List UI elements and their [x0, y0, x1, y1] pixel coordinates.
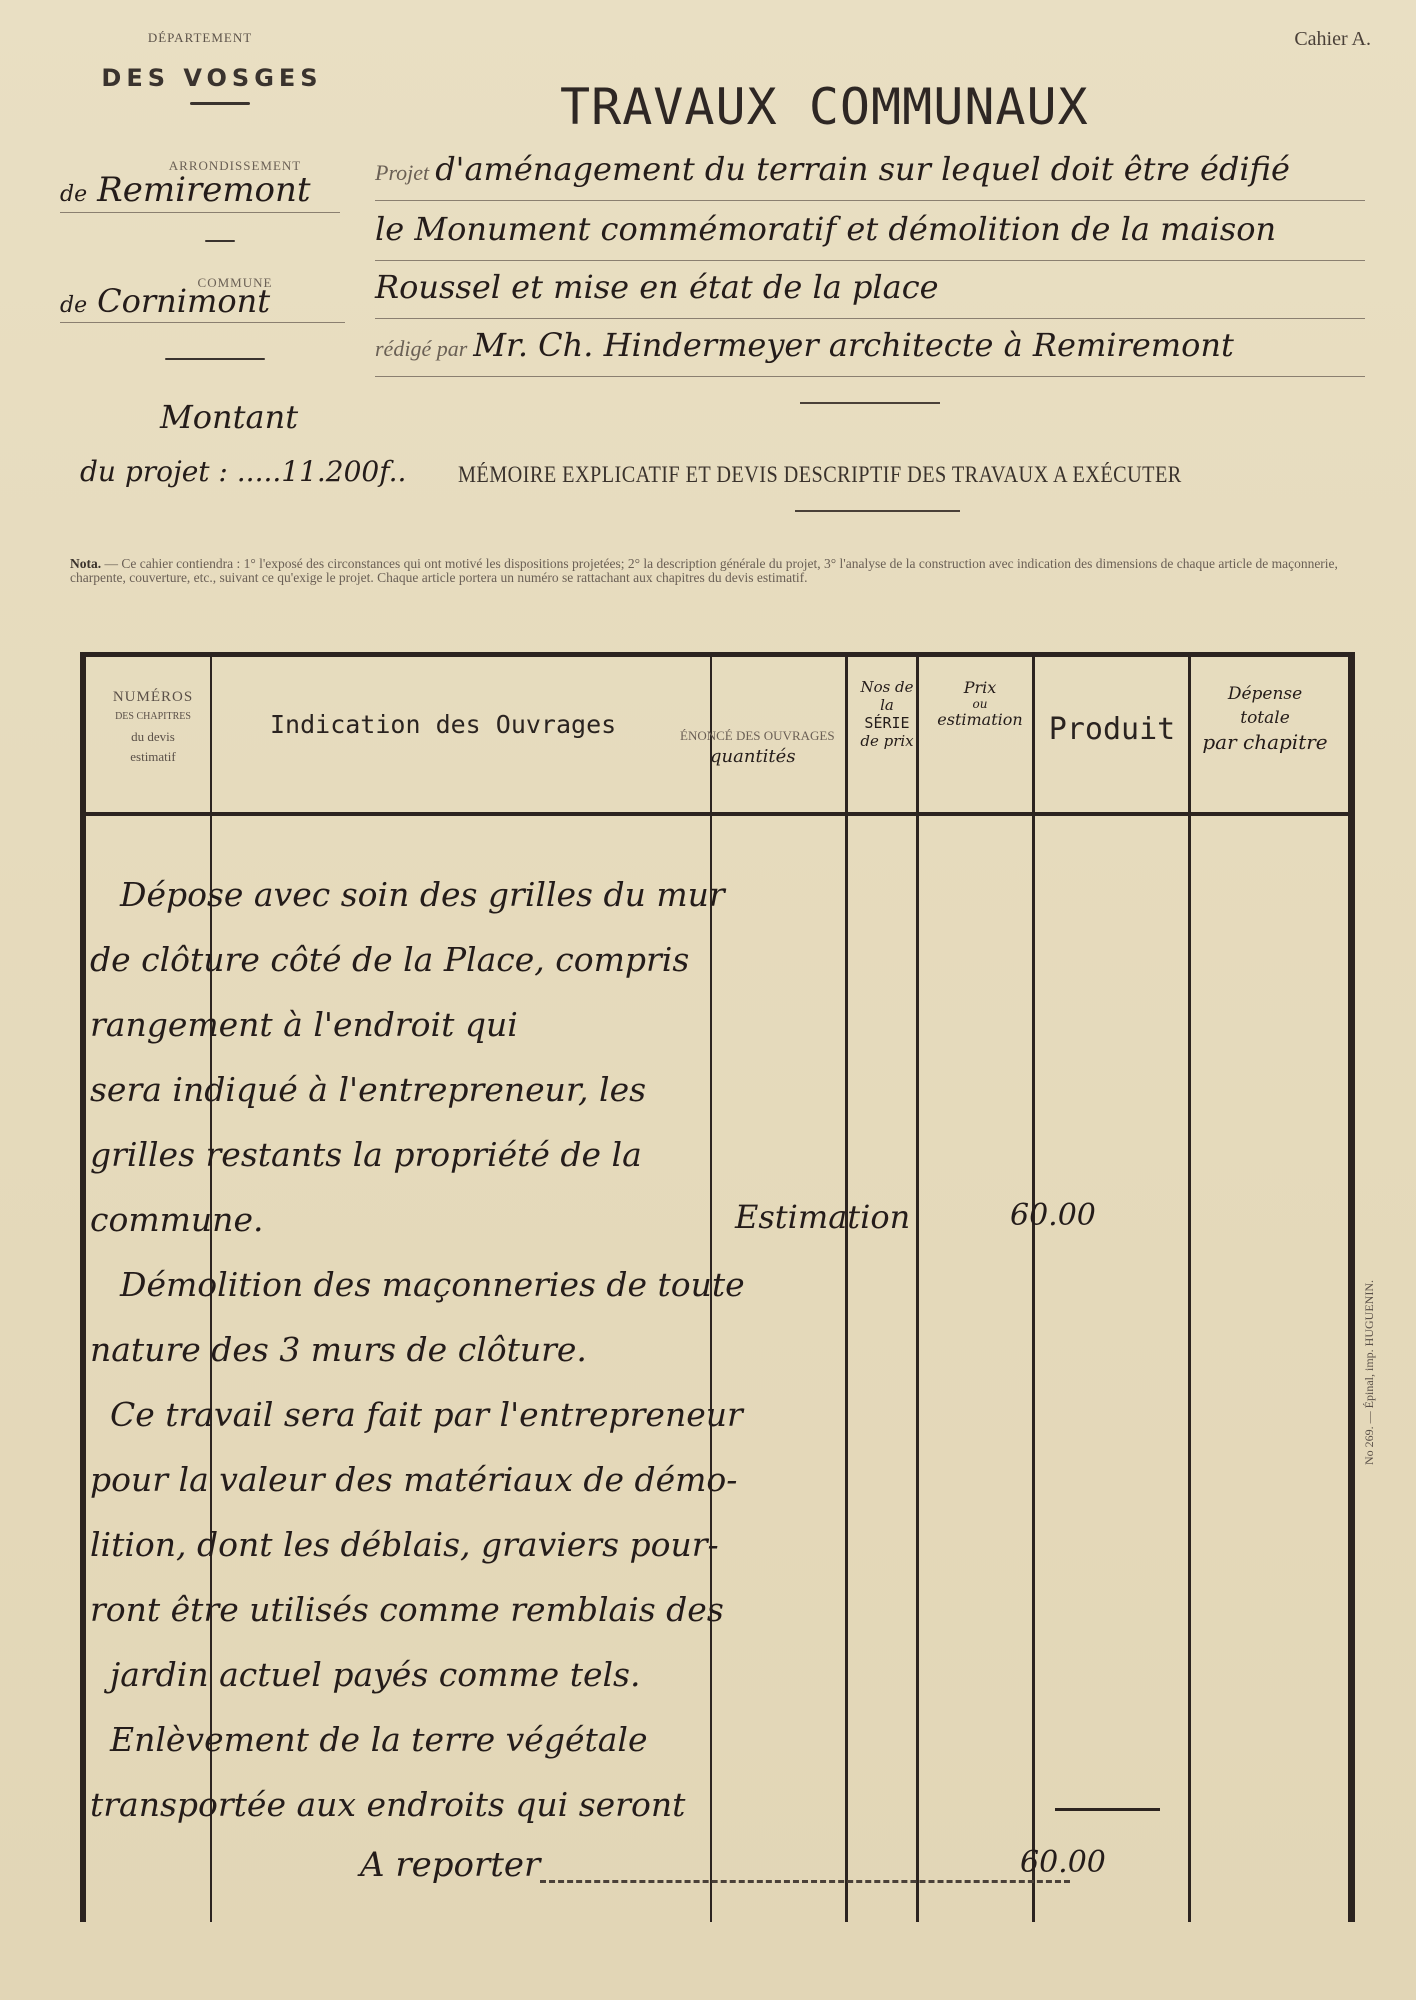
- table-left-rule: [80, 652, 86, 1922]
- header-depense-line: Dépense: [1195, 682, 1335, 706]
- table-top-rule: [80, 652, 1355, 657]
- description-line: lition, dont les déblais, graviers pour-: [90, 1512, 710, 1577]
- arrondissement-prefix: de: [60, 182, 87, 207]
- header-indication: Indication des Ouvrages: [270, 710, 616, 739]
- arrondissement-value: Remiremont: [97, 170, 310, 210]
- header-prix: Prix ou estimation: [930, 678, 1030, 730]
- header-prix-line: estimation: [930, 710, 1030, 730]
- header-enonce: ÉNONCÉ DES OUVRAGES: [680, 728, 835, 744]
- nota-text: Nota. — Ce cahier contiendra : 1° l'expo…: [70, 557, 1370, 585]
- report-dotted-leader: [540, 1880, 1070, 1883]
- column-rule: [1188, 652, 1191, 1922]
- header-serie-line: de prix: [852, 732, 922, 750]
- commune-value: Cornimont: [97, 282, 270, 320]
- description-line: nature des 3 murs de clôture.: [90, 1317, 710, 1382]
- ornament-divider: [190, 102, 250, 105]
- projet-line-3: Roussel et mise en état de la place: [375, 268, 1365, 319]
- departement-name: DES VOSGES: [82, 64, 342, 92]
- header-depense-line: par chapitre: [1195, 730, 1335, 754]
- nota-body: — Ce cahier contiendra : 1° l'exposé des…: [70, 556, 1338, 585]
- commune-prefix: de: [60, 293, 87, 318]
- description-line: grilles restants la propriété de la: [90, 1122, 710, 1187]
- header-numeros-line: DES CHAPITRES: [98, 707, 208, 727]
- ornament-divider: [165, 358, 265, 360]
- nota-label: Nota.: [70, 556, 101, 571]
- a-reporter-label: A reporter: [360, 1845, 540, 1885]
- montant-value: du projet : .....11.200f..: [80, 455, 406, 488]
- arrondissement-field: deRemiremont: [60, 170, 340, 213]
- redige-label: rédigé par: [375, 336, 467, 361]
- table-right-rule: [1348, 652, 1355, 1922]
- column-rule: [1032, 652, 1035, 1922]
- description-line: pour la valeur des matériaux de démo-: [90, 1447, 710, 1512]
- redige-line: rédigé parMr. Ch. Hindermeyer architecte…: [375, 326, 1365, 377]
- report-total: 60.00: [1020, 1845, 1106, 1880]
- projet-line-2: le Monument commémoratif et démolition d…: [375, 210, 1365, 261]
- page-title: TRAVAUX COMMUNAUX: [560, 78, 1200, 136]
- description-line: rangement à l'endroit qui: [90, 992, 710, 1057]
- projet-line-1: Projetd'aménagement du terrain sur leque…: [375, 150, 1365, 201]
- header-numeros-line: NUMÉROS: [98, 687, 208, 707]
- ornament-divider: [795, 510, 960, 512]
- description-line: ront être utilisés comme remblais des: [90, 1577, 710, 1642]
- description-line: jardin actuel payés comme tels.: [90, 1642, 710, 1707]
- description-line: transportée aux endroits qui seront: [90, 1772, 710, 1837]
- memoire-heading: MÉMOIRE EXPLICATIF ET DEVIS DESCRIPTIF D…: [458, 462, 1197, 488]
- projet-text: Roussel et mise en état de la place: [375, 268, 939, 306]
- ornament-divider: [205, 240, 235, 242]
- description-line: Dépose avec soin des grilles du mur: [90, 862, 710, 927]
- subtotal-rule: [1055, 1808, 1160, 1811]
- ouvrages-description: Dépose avec soin des grilles du mur de c…: [90, 862, 710, 1837]
- header-numeros: NUMÉROS DES CHAPITRES du devis estimatif: [98, 687, 208, 767]
- header-depense-line: totale: [1195, 706, 1335, 730]
- projet-text: le Monument commémoratif et démolition d…: [375, 210, 1276, 248]
- header-serie-line: Nos de la: [852, 678, 922, 714]
- ornament-divider: [800, 402, 940, 404]
- header-serie: Nos de la SÉRIE de prix: [852, 678, 922, 750]
- row1-produit: 60.00: [1010, 1198, 1096, 1233]
- description-line: Démolition des maçonneries de toute: [90, 1252, 710, 1317]
- header-bottom-rule: [80, 812, 1355, 816]
- header-prix-line: ou: [930, 698, 1030, 710]
- header-quantites: quantités: [710, 746, 796, 767]
- header-prix-line: Prix: [930, 678, 1030, 698]
- header-depense: Dépense totale par chapitre: [1195, 682, 1335, 754]
- header-numeros-line: estimatif: [98, 747, 208, 767]
- projet-label: Projet: [375, 160, 429, 185]
- printer-imprint: No 269. — Épinal, imp. HUGUENIN.: [1362, 1280, 1377, 1465]
- montant-label: Montant: [160, 398, 298, 436]
- departement-label: DÉPARTEMENT: [120, 30, 280, 46]
- commune-field: deCornimont: [60, 282, 345, 323]
- redige-value: Mr. Ch. Hindermeyer architecte à Remirem…: [473, 326, 1234, 364]
- description-line: Ce travail sera fait par l'entrepreneur: [90, 1382, 710, 1447]
- document-page: DÉPARTEMENT DES VOSGES ARRONDISSEMENT de…: [0, 0, 1416, 2000]
- header-serie-line: SÉRIE: [852, 714, 922, 732]
- cahier-label: Cahier A.: [1294, 28, 1371, 51]
- description-line: commune.: [90, 1187, 710, 1252]
- column-rule: [845, 652, 848, 1922]
- header-numeros-line: du devis: [98, 727, 208, 747]
- devis-table: NUMÉROS DES CHAPITRES du devis estimatif…: [80, 652, 1355, 1922]
- description-line: Enlèvement de la terre végétale: [90, 1707, 710, 1772]
- description-line: sera indiqué à l'entrepreneur, les: [90, 1057, 710, 1122]
- projet-text: d'aménagement du terrain sur lequel doit…: [435, 150, 1290, 188]
- description-line: de clôture côté de la Place, compris: [90, 927, 710, 992]
- row1-prix-estimation: Estimation: [735, 1198, 910, 1236]
- header-produit: Produit: [1042, 712, 1182, 747]
- column-rule: [916, 652, 919, 1922]
